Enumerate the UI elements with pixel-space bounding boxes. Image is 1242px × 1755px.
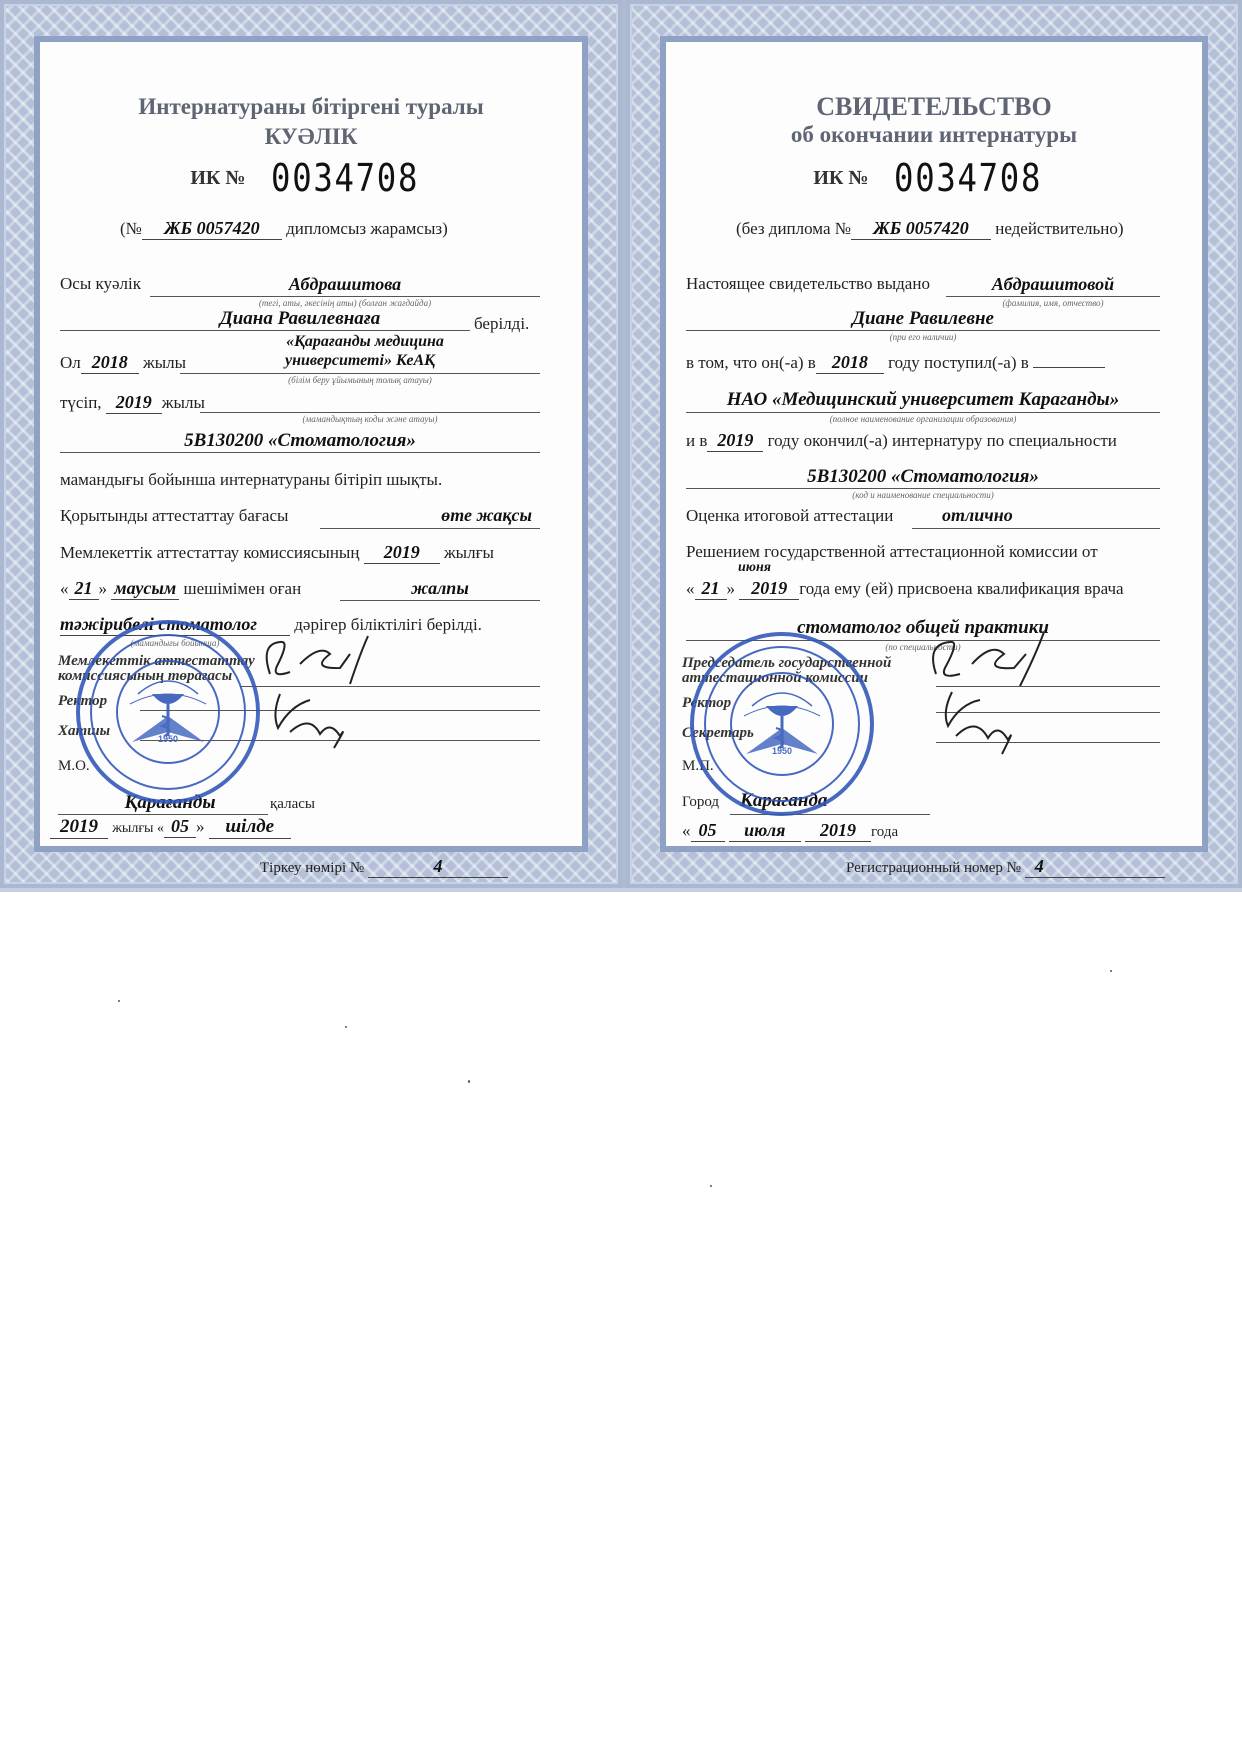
first-patronymic: Диана Равилевнаға <box>150 308 450 330</box>
commission-line: Мемлекеттік аттестаттау комиссиясының 20… <box>60 542 494 564</box>
specialty-caption: (код и наименование специальности) <box>686 490 1160 500</box>
title-line2: об окончании интернатуры <box>666 122 1202 148</box>
specialty-caption: (мамандықтың коды және атауы) <box>200 414 540 424</box>
rule <box>686 412 1160 413</box>
decision-line: «21» 2019года ему (ей) присвоена квалифи… <box>686 578 1124 600</box>
registration-label: Регистрационный номер № <box>846 860 1021 876</box>
rule <box>686 488 1160 489</box>
specialty: 5В130200 «Стоматология» <box>60 430 540 452</box>
serial-number: ИК №0034708 <box>40 156 582 200</box>
issue-year: 2019 <box>805 820 871 842</box>
grade-label: Қорытынды аттестаттау бағасы <box>60 506 288 526</box>
registration-line: Регистрационный номер № 4 <box>846 856 1165 878</box>
issue-day: 05 <box>691 820 725 842</box>
entry-year: 2018 <box>81 352 139 374</box>
graduation-year: 2019 <box>707 430 763 452</box>
issue-day: 05 <box>164 816 196 838</box>
rule <box>60 330 470 331</box>
rule <box>340 600 540 601</box>
graduation-suffix: году окончил(-а) интернатуру по специаль… <box>768 431 1117 450</box>
issue-date-line: «05 июля 2019года <box>682 820 898 842</box>
signature-icon <box>250 624 400 754</box>
certificate-kazakh: Интернатураны бітіргені туралы КУӘЛІК ИК… <box>0 0 622 888</box>
decision-year: 2019 <box>739 578 799 600</box>
diploma-number: ЖБ 0057420 <box>851 218 991 240</box>
serial-prefix: ИК № <box>190 167 245 189</box>
commission-label: Решением государственной аттестационной … <box>686 542 1098 562</box>
diploma-number: ЖБ 0057420 <box>142 218 282 240</box>
scan-speck <box>710 1185 712 1187</box>
city-label: қаласы <box>270 796 315 813</box>
institution-caption: (полное наименование организации образов… <box>686 414 1160 424</box>
institution: НАО «Медицинский университет Караганды» <box>686 389 1160 411</box>
registration-number: 4 <box>368 856 508 878</box>
scan-speck <box>1110 970 1112 972</box>
diploma-suffix: недействительно) <box>995 219 1123 238</box>
surname: Абдрашитова <box>150 274 540 295</box>
entry-year: 2018 <box>816 352 884 374</box>
title-line2: КУӘЛІК <box>40 124 582 150</box>
registration-label: Тіркеу нөмірі № <box>260 860 364 876</box>
rule <box>912 528 1160 529</box>
serial-number: ИК №0034708 <box>666 156 1202 200</box>
registration-number: 4 <box>1025 856 1165 878</box>
first-patronymic: Диане Равилевне <box>686 308 1160 330</box>
decision-month: маусым <box>111 578 179 600</box>
qualification-prefix: года ему (ей) присвоена квалификация вра… <box>799 579 1123 598</box>
decision-label: шешімімен оған <box>184 579 302 598</box>
stamp-year: 1950 <box>80 734 256 744</box>
stamp-emblem-icon <box>80 624 256 800</box>
issue-month: шілде <box>209 816 291 839</box>
scan-speck <box>345 1026 347 1028</box>
diploma-prefix: (без диплома № <box>736 219 851 238</box>
commission-year: 2019 <box>364 542 440 564</box>
decision-day: 21 <box>69 578 99 600</box>
serial-value: 0034708 <box>894 156 1042 200</box>
qualification-line1: жалпы <box>340 578 540 599</box>
university-stamp: 1950 <box>76 620 260 804</box>
graduation-prefix: и в <box>686 431 707 450</box>
commission-year-label: жылғы <box>444 543 494 562</box>
graduation-line: и в2019 году окончил(-а) интернатуру по … <box>686 430 1117 452</box>
issue-year: 2019 <box>50 816 108 839</box>
entry-line: Ол2018 жылы <box>60 352 186 374</box>
completed-text: мамандығы бойынша интернатураны бітіріп … <box>60 470 442 490</box>
rule <box>946 296 1160 297</box>
certificate-paper: Интернатураны бітіргені туралы КУӘЛІК ИК… <box>40 42 582 846</box>
serial-prefix: ИК № <box>813 167 868 189</box>
quote-open: « <box>60 579 69 598</box>
certificate-russian: СВИДЕТЕЛЬСТВО об окончании интернатуры И… <box>626 0 1242 888</box>
grade: отлично <box>942 505 1013 526</box>
rule <box>150 296 540 297</box>
decision-day: 21 <box>695 578 727 600</box>
patronymic-caption: (при его наличии) <box>686 332 1160 342</box>
registration-line: Тіркеу нөмірі № 4 <box>260 856 508 878</box>
entry-suffix: году поступил(-а) в <box>888 353 1029 372</box>
signature-icon <box>916 624 1086 764</box>
rule <box>180 373 540 374</box>
entry-line: в том, что он(-а) в2018 году поступил(-а… <box>686 352 1105 374</box>
decision-month: июня <box>738 560 771 576</box>
diploma-line: (без диплома №ЖБ 0057420 недействительно… <box>736 218 1124 240</box>
quote-close: » <box>727 579 736 598</box>
entry-prefix: в том, что он(-а) в <box>686 353 816 372</box>
rule <box>58 814 268 815</box>
issue-month: июля <box>729 820 801 842</box>
rule <box>320 528 540 529</box>
issue-day-close: » <box>196 817 205 836</box>
scan-speck <box>468 1080 470 1083</box>
rule <box>200 412 540 413</box>
issue-year-label: года <box>871 824 898 840</box>
entry-prefix: Ол <box>60 353 81 372</box>
rule <box>60 452 540 453</box>
surname: Абдрашитовой <box>946 274 1160 295</box>
institution-caption: (білім беру ұйымының толық атауы) <box>180 375 540 385</box>
name-caption: (фамилия, имя, отчество) <box>946 298 1160 308</box>
grade: өте жақсы <box>320 505 540 526</box>
diploma-prefix: (№ <box>120 219 142 238</box>
decision-line: «21» маусым шешімімен оған <box>60 578 301 600</box>
certificate-paper: СВИДЕТЕЛЬСТВО об окончании интернатуры И… <box>666 42 1202 846</box>
scan-edge <box>0 888 1242 892</box>
commission-label: Мемлекеттік аттестаттау комиссиясының <box>60 543 359 562</box>
quote-open: « <box>682 821 691 840</box>
blank <box>1033 367 1105 368</box>
issued-label: Настоящее свидетельство выдано <box>686 274 930 294</box>
quote-close: » <box>99 579 108 598</box>
stamp-emblem-icon <box>694 636 870 812</box>
stamp-year: 1950 <box>694 746 870 756</box>
graduation-line: түсіп, 2019жылы <box>60 392 205 414</box>
diploma-suffix: дипломсыз жарамсыз) <box>286 219 448 238</box>
grade-label: Оценка итоговой аттестации <box>686 506 893 526</box>
scan-speck <box>118 1000 120 1002</box>
institution-line2: университеті» КеАҚ <box>180 352 540 370</box>
diploma-line: (№ЖБ 0057420 дипломсыз жарамсыз) <box>120 218 448 240</box>
rule <box>686 330 1160 331</box>
institution-line1: «Қарағанды медицина <box>200 333 530 351</box>
quote-open: « <box>686 579 695 598</box>
issue-date-line: 2019 жылғы «05» шілде <box>50 816 291 839</box>
graduation-year: 2019 <box>106 392 162 414</box>
issued-suffix: берілді. <box>474 314 529 334</box>
graduation-year-label: жылы <box>162 393 205 412</box>
specialty: 5В130200 «Стоматология» <box>686 466 1160 488</box>
entered-label: түсіп, <box>60 393 102 412</box>
issued-label: Осы куәлік <box>60 274 141 294</box>
name-caption: (тегі, аты, әкесінің аты) (болған жағдай… <box>150 298 540 308</box>
university-stamp: 1950 <box>690 632 874 816</box>
rule <box>730 814 930 815</box>
serial-value: 0034708 <box>271 156 419 200</box>
title-line1: СВИДЕТЕЛЬСТВО <box>666 92 1202 122</box>
issue-year-label: жылғы « <box>112 821 164 836</box>
title-line1: Интернатураны бітіргені туралы <box>40 94 582 120</box>
